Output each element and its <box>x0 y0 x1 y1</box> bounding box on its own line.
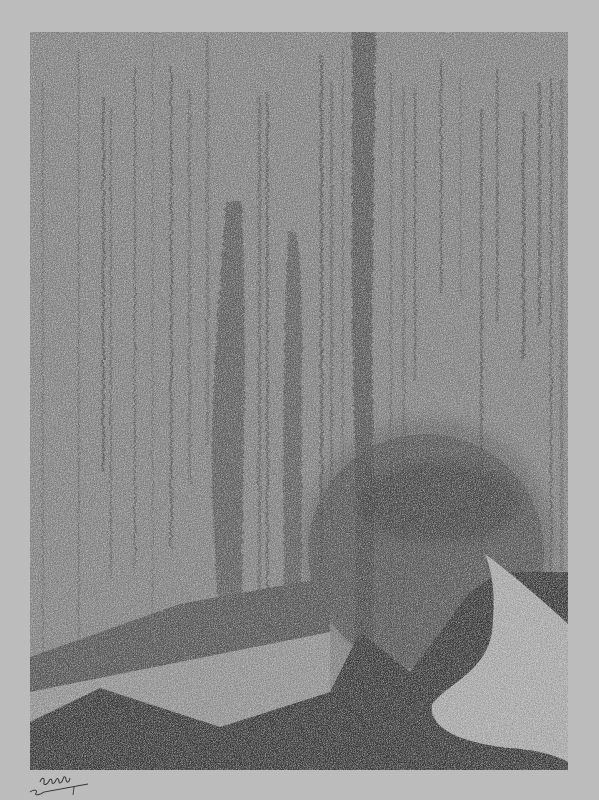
artist-signature: ayfoabb <box>26 770 96 800</box>
painting <box>30 32 568 770</box>
artwork-canvas <box>30 32 568 770</box>
signature-scribble <box>26 770 96 800</box>
